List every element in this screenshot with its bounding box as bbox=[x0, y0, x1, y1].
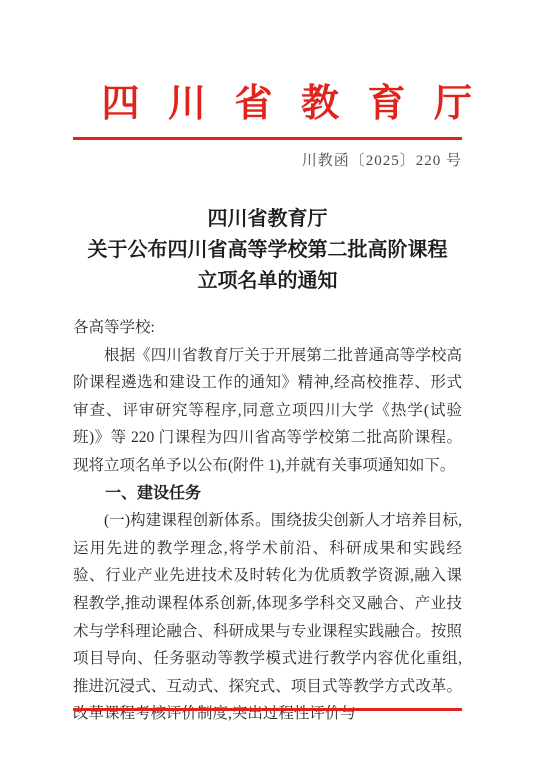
document-content: 四川省教育厅 川教函〔2025〕220 号 四川省教育厅 关于公布四川省高等学校… bbox=[0, 0, 543, 728]
page-bottom-divider bbox=[73, 708, 462, 711]
letterhead: 四川省教育厅 川教函〔2025〕220 号 bbox=[73, 84, 462, 171]
section-1-heading: 一、建设任务 bbox=[73, 480, 462, 508]
document-body: 各高等学校: 根据《四川省教育厅关于开展第二批普通高等学校高阶课程遴选和建设工作… bbox=[73, 314, 462, 728]
document-page: 四川省教育厅 川教函〔2025〕220 号 四川省教育厅 关于公布四川省高等学校… bbox=[0, 0, 543, 768]
title-line-1: 四川省教育厅 bbox=[73, 204, 462, 235]
title-line-3: 立项名单的通知 bbox=[73, 266, 462, 297]
agency-masthead: 四川省教育厅 bbox=[73, 84, 462, 124]
salutation: 各高等学校: bbox=[73, 314, 462, 342]
section-1-item-1-paragraph: (一)构建课程创新体系。围绕拔尖创新人才培养目标,运用先进的教学理念,将学术前沿… bbox=[73, 507, 462, 728]
intro-paragraph: 根据《四川省教育厅关于开展第二批普通高等学校高阶课程遴选和建设工作的通知》精神,… bbox=[73, 342, 462, 480]
document-number: 川教函〔2025〕220 号 bbox=[73, 151, 462, 171]
title-line-2: 关于公布四川省高等学校第二批高阶课程 bbox=[73, 235, 462, 266]
letterhead-divider bbox=[73, 137, 462, 140]
document-title: 四川省教育厅 关于公布四川省高等学校第二批高阶课程 立项名单的通知 bbox=[73, 204, 462, 297]
